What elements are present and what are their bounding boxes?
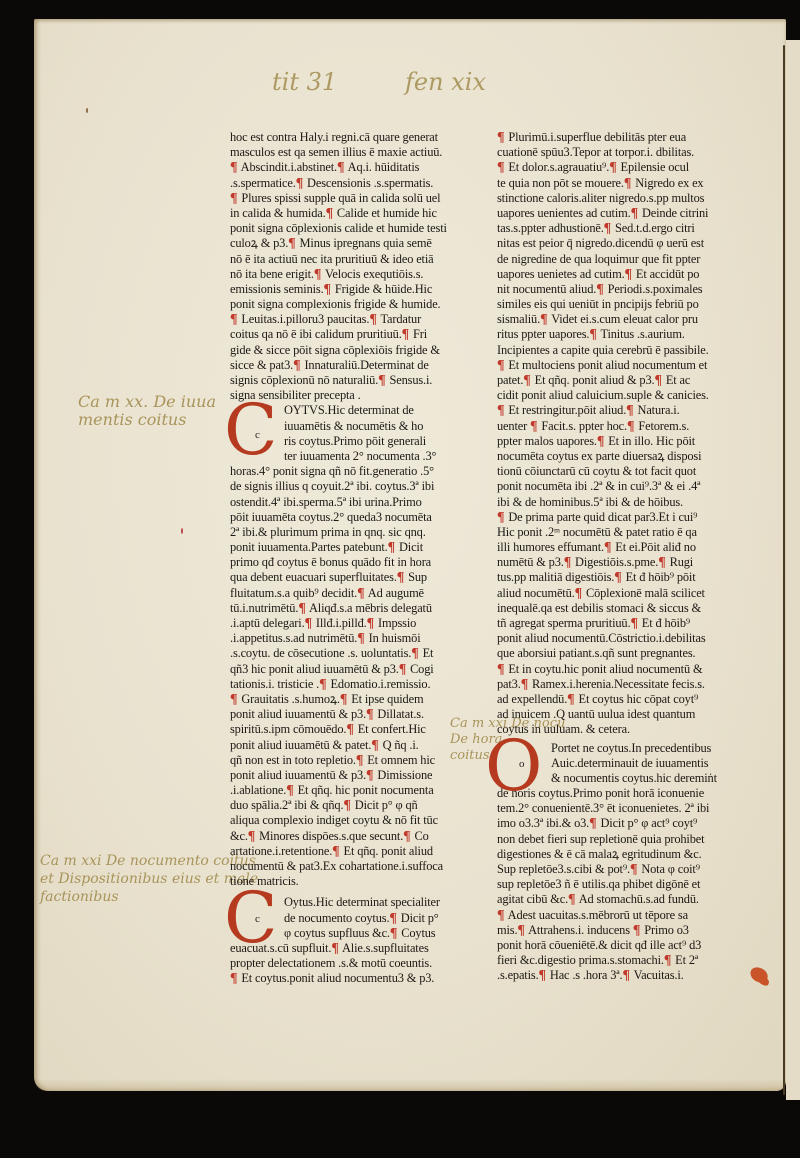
- text-line: in calida & humida.¶ Calide et humide hi…: [230, 206, 448, 221]
- text-line: primo qđ coytus ē bonus quādo fit in hor…: [230, 555, 448, 570]
- text-line: ¶ Leuitas.i.pilloru3 paucitas.¶ Tardatur: [230, 312, 448, 327]
- paragraph-mark-icon: ¶: [230, 692, 237, 707]
- paragraph-mark-icon: ¶: [497, 130, 504, 145]
- text-line: similes eis qui ueniūt in pncipijs febri…: [497, 297, 713, 312]
- guide-letter: c: [255, 428, 260, 443]
- text-line: sup repletōe3 ñ ē utilis.qa phibet digōn…: [497, 877, 713, 892]
- text-line: sismaliū.¶ Videt ei.s.cum eleuat calor p…: [497, 312, 713, 327]
- paragraph-mark-icon: ¶: [631, 206, 638, 221]
- paragraph-mark-icon: ¶: [388, 540, 395, 555]
- text-line: ¶ De prima parte quid dicat par3.Et i cu…: [497, 510, 713, 525]
- paragraph-mark-icon: ¶: [497, 662, 504, 677]
- text-line: cuationē spūu3.Tepor at torpor.i. dbilit…: [497, 145, 713, 160]
- text-line: nocumēta coytus ex parte diuersaꝝ dispos…: [497, 449, 713, 464]
- paragraph-mark-icon: ¶: [604, 221, 611, 236]
- text-line: aliqua complexio indiget coytu & nō fit …: [230, 813, 448, 828]
- text-line: ponit aliud iuuamentū & p3.¶ Dillatat.s.: [230, 707, 448, 722]
- text-line: stinctione caloris.aliter nigredo.s.pp m…: [497, 191, 713, 206]
- text-line: non debet fieri sup repletionē quia proh…: [497, 832, 713, 847]
- text-line: digestiones & ē cā malaꝝ egritudinum &c.: [497, 847, 713, 862]
- text-line: cidit ponit aliud caluicium.suple & cani…: [497, 388, 713, 403]
- paragraph-mark-icon: ¶: [230, 312, 237, 327]
- text-line: ponit aliud iuuamētū & patet.¶ Q ñq .i.: [230, 738, 448, 753]
- paragraph-mark-icon: ¶: [366, 768, 373, 783]
- text-line: Auic.determinauit de iuuamentis: [551, 756, 713, 771]
- text-line: Oytus.Hic determinat specialiter: [284, 895, 448, 910]
- text-line: tas.s.ppter adhustionē.¶ Sed.t.d.ergo ci…: [497, 221, 713, 236]
- paragraph-mark-icon: ¶: [331, 941, 338, 956]
- paragraph-mark-icon: ¶: [346, 722, 353, 737]
- text-line: .i.ablatione.¶ Et qñq. hic ponit nocumen…: [230, 783, 448, 798]
- text-column-left: hoc est contra Haly.i regni.cā quare gen…: [230, 130, 448, 987]
- decorated-initial-o: O: [485, 735, 542, 797]
- text-line: masculos est qa semen illius ē maxie act…: [230, 145, 448, 160]
- text-line: gide & sicce pōit signa cōplexiōis frigi…: [230, 343, 448, 358]
- paragraph-mark-icon: ¶: [293, 358, 300, 373]
- paragraph-mark-icon: ¶: [357, 586, 364, 601]
- paragraph-mark-icon: ¶: [523, 373, 530, 388]
- text-line: .s.epatis.¶ Hac .s .hora 3ª.¶ Vacuitas.i…: [497, 968, 713, 983]
- paragraph-mark-icon: ¶: [411, 646, 418, 661]
- text-line: illi humores effumant.¶ Et ei.Pōit aliđ …: [497, 540, 713, 555]
- text-line: 2ª ibi.& plurimum prima in qnq. sic qnq.: [230, 525, 448, 540]
- text-line: sicce & pat3.¶ Innaturaliū.Determinat de: [230, 358, 448, 373]
- text-line: ritus ppter uapores.¶ Tinitus .s.aurium.: [497, 327, 713, 342]
- text-line: &c.¶ Minores dispōes.s.que secunt.¶ Co: [230, 829, 448, 844]
- text-line: inequalē.qa est debilis stomaci & siccus…: [497, 601, 713, 616]
- text-line: nō ē ita actiuū nec ita pruritiuū & ideo…: [230, 252, 448, 267]
- text-line: que aborsiui patiant.s.qñ sunt pregnante…: [497, 646, 713, 661]
- header-annotation-right: fen xix: [405, 68, 486, 96]
- paragraph-mark-icon: ¶: [630, 616, 637, 631]
- text-line: Hic ponit .2ᵐ nocumētū & patet ratio ē q…: [497, 525, 713, 540]
- paragraph-mark-icon: ¶: [497, 908, 504, 923]
- text-line: coitus qa nō ē ibi calidum pruritiuū.¶ F…: [230, 327, 448, 342]
- text-line: qñ non est in toto repletio.¶ Et omnem h…: [230, 753, 448, 768]
- paragraph-mark-icon: ¶: [604, 540, 611, 555]
- paragraph-mark-icon: ¶: [343, 798, 350, 813]
- paragraph-mark-icon: ¶: [366, 707, 373, 722]
- text-line: ris coytus.Primo pōit generali: [284, 434, 448, 449]
- text-line: ad inuicem .Q uantū uulua idest quantum: [497, 707, 713, 722]
- text-line: signis cōplexionū nō naturaliū.¶ Sensus.…: [230, 373, 448, 388]
- initial-block-1: C c OYTVS.Hic determinat deiuuamētis & n…: [230, 403, 448, 464]
- text-line: ¶ Plures spissi supple quā in calida sol…: [230, 191, 448, 206]
- paragraph-mark-icon: ¶: [296, 176, 303, 191]
- text-line: fieri &c.digestio prima.s.stomachi.¶ Et …: [497, 953, 713, 968]
- text-line: .s.coytu. de cōsecutione .s. uoluntatis.…: [230, 646, 448, 661]
- paragraph-mark-icon: ¶: [324, 282, 331, 297]
- paragraph-mark-icon: ¶: [568, 892, 575, 907]
- text-line: numētū & p3.¶ Digestiōis.s.pme.¶ Rugi: [497, 555, 713, 570]
- paragraph-mark-icon: ¶: [596, 282, 603, 297]
- paragraph-mark-icon: ¶: [248, 829, 255, 844]
- text-line: fluitatum.s.a quib⁹ decidit.¶ Ad augumē: [230, 586, 448, 601]
- paragraph-mark-icon: ¶: [305, 616, 312, 631]
- text-line: ponit aliud nocumentū.Cōstrictio.i.debil…: [497, 631, 713, 646]
- text-line: Incipientes a capite quia cerebrū ē pass…: [497, 343, 713, 358]
- text-line: duo spālia.2ª ibi & qñq.¶ Dicit p° φ qñ: [230, 798, 448, 813]
- text-line: tū.i.nutrimētū.¶ Aliqđ.s.a mēbris delega…: [230, 601, 448, 616]
- paragraph-mark-icon: ¶: [288, 236, 295, 251]
- text-line: pōit iuuamēta coytus.2° queda3 nocumēta: [230, 510, 448, 525]
- text-line: patet.¶ Et qñq. ponit aliud & p3.¶ Et ac: [497, 373, 713, 388]
- paragraph-mark-icon: ¶: [337, 160, 344, 175]
- paragraph-mark-icon: ¶: [625, 267, 632, 282]
- paragraph-mark-icon: ¶: [623, 968, 630, 983]
- paragraph-mark-icon: ¶: [564, 555, 571, 570]
- paragraph-mark-icon: ¶: [371, 738, 378, 753]
- text-line: ponit signa cōplexionis calide et humide…: [230, 221, 448, 236]
- paragraph-mark-icon: ¶: [626, 403, 633, 418]
- paragraph-mark-icon: ¶: [497, 510, 504, 525]
- paragraph-mark-icon: ¶: [397, 570, 404, 585]
- text-line: ad expellendū.¶ Et coytus hic cōpat coyt…: [497, 692, 713, 707]
- text-line: qñ3 hic ponit aliud iuuamētū & p3.¶ Cogi: [230, 662, 448, 677]
- text-line: OYTVS.Hic determinat de: [284, 403, 448, 418]
- paragraph-mark-icon: ¶: [230, 191, 237, 206]
- paragraph-mark-icon: ¶: [521, 677, 528, 692]
- text-line: ¶ Et coytus.ponit aliud nocumentu3 & p3.: [230, 971, 448, 986]
- paragraph-mark-icon: ¶: [589, 327, 596, 342]
- text-line: ter iuuamenta 2° nocumenta .3°: [284, 449, 448, 464]
- header-annotation-left: tit 31: [272, 68, 337, 96]
- left-column-lines: hoc est contra Haly.i regni.cā quare gen…: [230, 130, 448, 403]
- paragraph-mark-icon: ¶: [540, 312, 547, 327]
- paragraph-mark-icon: ¶: [389, 911, 396, 926]
- paragraph-mark-icon: ¶: [390, 926, 397, 941]
- paragraph-mark-icon: ¶: [664, 953, 671, 968]
- text-line: nit nocumentū aliud.¶ Periodi.s.poximale…: [497, 282, 713, 297]
- text-line: & nocumentis coytus.hic deremiṅt: [551, 771, 713, 786]
- initial-block-2: C c Oytus.Hic determinat specialiterde n…: [230, 895, 448, 941]
- text-line: de nigredine de qua loquimur que fit ppt…: [497, 252, 713, 267]
- text-line: de nocumento coytus.¶ Dicit p°: [284, 911, 448, 926]
- text-line: Sup repletōe3.s.cibi & pot⁹.¶ Nota φ coi…: [497, 862, 713, 877]
- text-line: uenter ¶ Facit.s. ppter hoc.¶ Fetorem.s.: [497, 419, 713, 434]
- text-line: ponit iuuamenta.Partes patebunt.¶ Dicit: [230, 540, 448, 555]
- text-line: aliud nocumētū.¶ Cōplexionē malā scilice…: [497, 586, 713, 601]
- paragraph-mark-icon: ¶: [319, 677, 326, 692]
- paragraph-mark-icon: ¶: [630, 862, 637, 877]
- text-line: ibi & de hominibus.5ª ibi & de hōibus.: [497, 495, 713, 510]
- text-line: nitas est peior q̄ nigredo.dicendū φ uer…: [497, 236, 713, 251]
- text-line: tationis.i. tristicie .¶ Edomatio.i.remi…: [230, 677, 448, 692]
- paragraph-mark-icon: ¶: [340, 692, 347, 707]
- paragraph-mark-icon: ¶: [589, 816, 596, 831]
- decorated-initial-c: C: [224, 887, 277, 949]
- ink-speck: [86, 108, 88, 113]
- paragraph-mark-icon: ¶: [627, 419, 634, 434]
- paragraph-mark-icon: ¶: [378, 373, 385, 388]
- text-line: iuuamētis & nocumētis & ho: [284, 419, 448, 434]
- binding-gutter: [783, 45, 785, 1095]
- text-line: ponit signa complexionis frigide & humid…: [230, 297, 448, 312]
- text-line: ¶ Et multociens ponit aliud nocumentum e…: [497, 358, 713, 373]
- text-line: hoc est contra Haly.i regni.cā quare gen…: [230, 130, 448, 145]
- paragraph-mark-icon: ¶: [597, 434, 604, 449]
- text-line: te quia non pōt se mouere.¶ Nigredo ex e…: [497, 176, 713, 191]
- text-line: Portet ne coytus.In precedentibus: [551, 741, 713, 756]
- paragraph-mark-icon: ¶: [367, 616, 374, 631]
- text-line: ponit nocumēta ibi .2ª & in cui⁹.3ª & ei…: [497, 479, 713, 494]
- paragraph-mark-icon: ¶: [369, 312, 376, 327]
- paragraph-mark-icon: ¶: [402, 327, 409, 342]
- left-column-lines-after-initial-1: horas.4° ponit signa qñ nō fit.generatio…: [230, 464, 448, 889]
- paragraph-mark-icon: ¶: [609, 160, 616, 175]
- text-line: ¶ Plurimū.i.superflue debilitās pter eua: [497, 130, 713, 145]
- text-line: ¶ Et restringitur.pōit aliud.¶ Natura.i.: [497, 403, 713, 418]
- text-line: emissionis seminis.¶ Frigide & hūide.Hic: [230, 282, 448, 297]
- text-line: imo o3.3ª ibi.& o3.¶ Dicit p° φ act⁹ coy…: [497, 816, 713, 831]
- paragraph-mark-icon: ¶: [298, 601, 305, 616]
- paragraph-mark-icon: ¶: [326, 206, 333, 221]
- text-line: spiritū.s.ipm cōmouēdo.¶ Et confert.Hic: [230, 722, 448, 737]
- paragraph-mark-icon: ¶: [614, 570, 621, 585]
- paragraph-mark-icon: ¶: [530, 419, 537, 434]
- right-column-lines: ¶ Plurimū.i.superflue debilitās pter eua…: [497, 130, 713, 738]
- text-line: uapores uenietes ad cutim.¶ Et accidūt p…: [497, 267, 713, 282]
- text-line: ponit horā cōueniētē.& dicit qđ ille act…: [497, 938, 713, 953]
- text-line: ¶ Abscindit.i.abstinet.¶ Aq.i. hūiditati…: [230, 160, 448, 175]
- paragraph-mark-icon: ¶: [539, 968, 546, 983]
- initial-block-o: O o Portet ne coytus.In precedentibusAui…: [497, 741, 713, 787]
- text-line: uapores uenientes ad cutim.¶ Deinde citr…: [497, 206, 713, 221]
- text-line: ostendit.4ª ibi.sperma.5ª ibi urina.Prim…: [230, 495, 448, 510]
- text-line: artatione.i.retentione.¶ Et qñq. ponit a…: [230, 844, 448, 859]
- paragraph-mark-icon: ¶: [658, 555, 665, 570]
- text-line: pat3.¶ Ramex.i.herenia.Necessitate fecis…: [497, 677, 713, 692]
- ink-speck: [181, 528, 183, 534]
- text-line: .i.appetitus.s.ad nutrimētū.¶ In huismōi: [230, 631, 448, 646]
- text-line: .i.aptū delegari.¶ Illđ.i.pillđ.¶ Impssi…: [230, 616, 448, 631]
- text-line: de signis illius q coyuit.2ª ibi. coytus…: [230, 479, 448, 494]
- text-line: ¶ Et dolor.s.agrauatiu⁹.¶ Epilensie ocul: [497, 160, 713, 175]
- text-line: ¶ Grauitatis .s.humoꝝ.¶ Et ipse quidem: [230, 692, 448, 707]
- paragraph-mark-icon: ¶: [286, 783, 293, 798]
- paragraph-mark-icon: ¶: [314, 267, 321, 282]
- text-line: agitat cibū &c.¶ Ad stomachū.s.ad fundū.: [497, 892, 713, 907]
- paragraph-mark-icon: ¶: [230, 160, 237, 175]
- paragraph-mark-icon: ¶: [567, 692, 574, 707]
- paragraph-mark-icon: ¶: [517, 923, 524, 938]
- paragraph-mark-icon: ¶: [230, 971, 237, 986]
- text-line: ponit aliud iuuamentū & p3.¶ Dimissione: [230, 768, 448, 783]
- text-line: nocumentū & pat3.Ex cohartatione.i.suffo…: [230, 859, 448, 874]
- paragraph-mark-icon: ¶: [357, 631, 364, 646]
- guide-letter: c: [255, 912, 260, 927]
- text-line: tus.pp malitiā digestiōis.¶ Et đ hōib⁹ p…: [497, 570, 713, 585]
- text-line: mis.¶ Attrahens.i. inducens ¶ Primo o3: [497, 923, 713, 938]
- text-line: .s.spermatice.¶ Descensionis .s.spermati…: [230, 176, 448, 191]
- text-line: qua debent euacuari superfluitates.¶ Sup: [230, 570, 448, 585]
- text-line: φ coytus supfluus &c.¶ Coytus: [284, 926, 448, 941]
- text-line: nō ita bene erigit.¶ Velocis exequtiōis.…: [230, 267, 448, 282]
- right-column-lines-after-initial: de horis coytus.Primo ponit horā iconuen…: [497, 786, 713, 983]
- text-line: tñ agregat sperma pruritiuū.¶ Et đ hōib⁹: [497, 616, 713, 631]
- text-line: culoꝝ & p3.¶ Minus ipregnans quia semē: [230, 236, 448, 251]
- margin-note-1: Ca m xx. De iuua mentis coitus: [78, 393, 216, 429]
- paragraph-mark-icon: ¶: [633, 923, 640, 938]
- paragraph-mark-icon: ¶: [497, 358, 504, 373]
- paragraph-mark-icon: ¶: [654, 373, 661, 388]
- paragraph-mark-icon: ¶: [356, 753, 363, 768]
- text-column-right: ¶ Plurimū.i.superflue debilitās pter eua…: [497, 130, 713, 984]
- paragraph-mark-icon: ¶: [403, 829, 410, 844]
- text-line: tionū cōiunctarū cū coytu & tot facit qu…: [497, 464, 713, 479]
- facing-page-edge: [786, 40, 800, 1100]
- paragraph-mark-icon: ¶: [399, 662, 406, 677]
- text-line: ppter malos uapores.¶ Et in illo. Hic pō…: [497, 434, 713, 449]
- text-line: ¶ Et in coytu.hic ponit aliud nocumentū …: [497, 662, 713, 677]
- paragraph-mark-icon: ¶: [497, 403, 504, 418]
- paragraph-mark-icon: ¶: [624, 176, 631, 191]
- paragraph-mark-icon: ¶: [497, 160, 504, 175]
- text-line: ¶ Adest uacuitas.s.mēbrorū ut tēpore sa: [497, 908, 713, 923]
- decorated-initial-c: C: [224, 399, 277, 461]
- paragraph-mark-icon: ¶: [575, 586, 582, 601]
- guide-letter: o: [519, 757, 524, 772]
- paragraph-mark-icon: ¶: [332, 844, 339, 859]
